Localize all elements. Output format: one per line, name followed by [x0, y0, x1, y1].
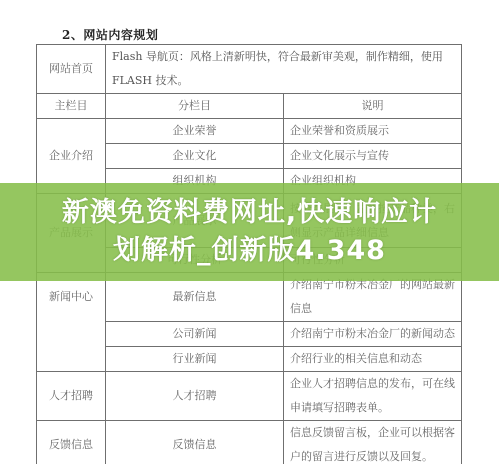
- header-sub-column: 分栏目: [106, 94, 284, 119]
- main-column-cell: 人才招聘: [37, 372, 106, 421]
- sub-column-cell: 企业文化: [106, 144, 284, 169]
- description-cell: 企业荣誉和资质展示: [284, 119, 462, 144]
- sub-column-cell: 企业荣誉: [106, 119, 284, 144]
- header-main-column: 主栏目: [37, 94, 106, 119]
- section-title: 2、网站内容规划: [62, 26, 158, 43]
- home-label: 网站首页: [37, 45, 106, 94]
- overlay-banner: 新澳免资料费网址,快速响应计 划解析_创新版4.348: [0, 183, 499, 281]
- description-cell: 信息反馈留言板，企业可以根据客户的留言进行反馈以及回复。: [284, 421, 462, 464]
- table-header-row: 主栏目 分栏目 说明: [37, 94, 462, 119]
- sub-column-cell: 人才招聘: [106, 372, 284, 421]
- description-cell: 企业文化展示与宣传: [284, 144, 462, 169]
- home-description: Flash 导航页：风格上清新明快，符合最新审美观，制作精细，使用FLASH 技…: [106, 45, 462, 94]
- description-cell: 介绍行业的相关信息和动态: [284, 347, 462, 372]
- table-row: 公司新闻 介绍南宁市粉末冶金厂的新闻动态: [37, 322, 462, 347]
- table-row: 人才招聘 人才招聘 企业人才招聘信息的发布，可在线申请填写招聘表单。: [37, 372, 462, 421]
- table-row-home: 网站首页 Flash 导航页：风格上清新明快，符合最新审美观，制作精细，使用FL…: [37, 45, 462, 94]
- description-cell: 介绍南宁市粉末冶金厂的新闻动态: [284, 322, 462, 347]
- sub-column-cell: 行业新闻: [106, 347, 284, 372]
- banner-title-line-2: 划解析_创新版4.348: [113, 232, 386, 270]
- banner-title-line-1: 新澳免资料费网址,快速响应计: [62, 194, 437, 232]
- sub-column-cell: 公司新闻: [106, 322, 284, 347]
- table-row: 企业介绍 企业荣誉 企业荣誉和资质展示: [37, 119, 462, 144]
- main-column-cell-empty: [37, 322, 106, 372]
- table-row: 反馈信息 反馈信息 信息反馈留言板，企业可以根据客户的留言进行反馈以及回复。: [37, 421, 462, 464]
- description-cell: 企业人才招聘信息的发布，可在线申请填写招聘表单。: [284, 372, 462, 421]
- header-description-column: 说明: [284, 94, 462, 119]
- sub-column-cell: 反馈信息: [106, 421, 284, 464]
- main-column-cell: 反馈信息: [37, 421, 106, 464]
